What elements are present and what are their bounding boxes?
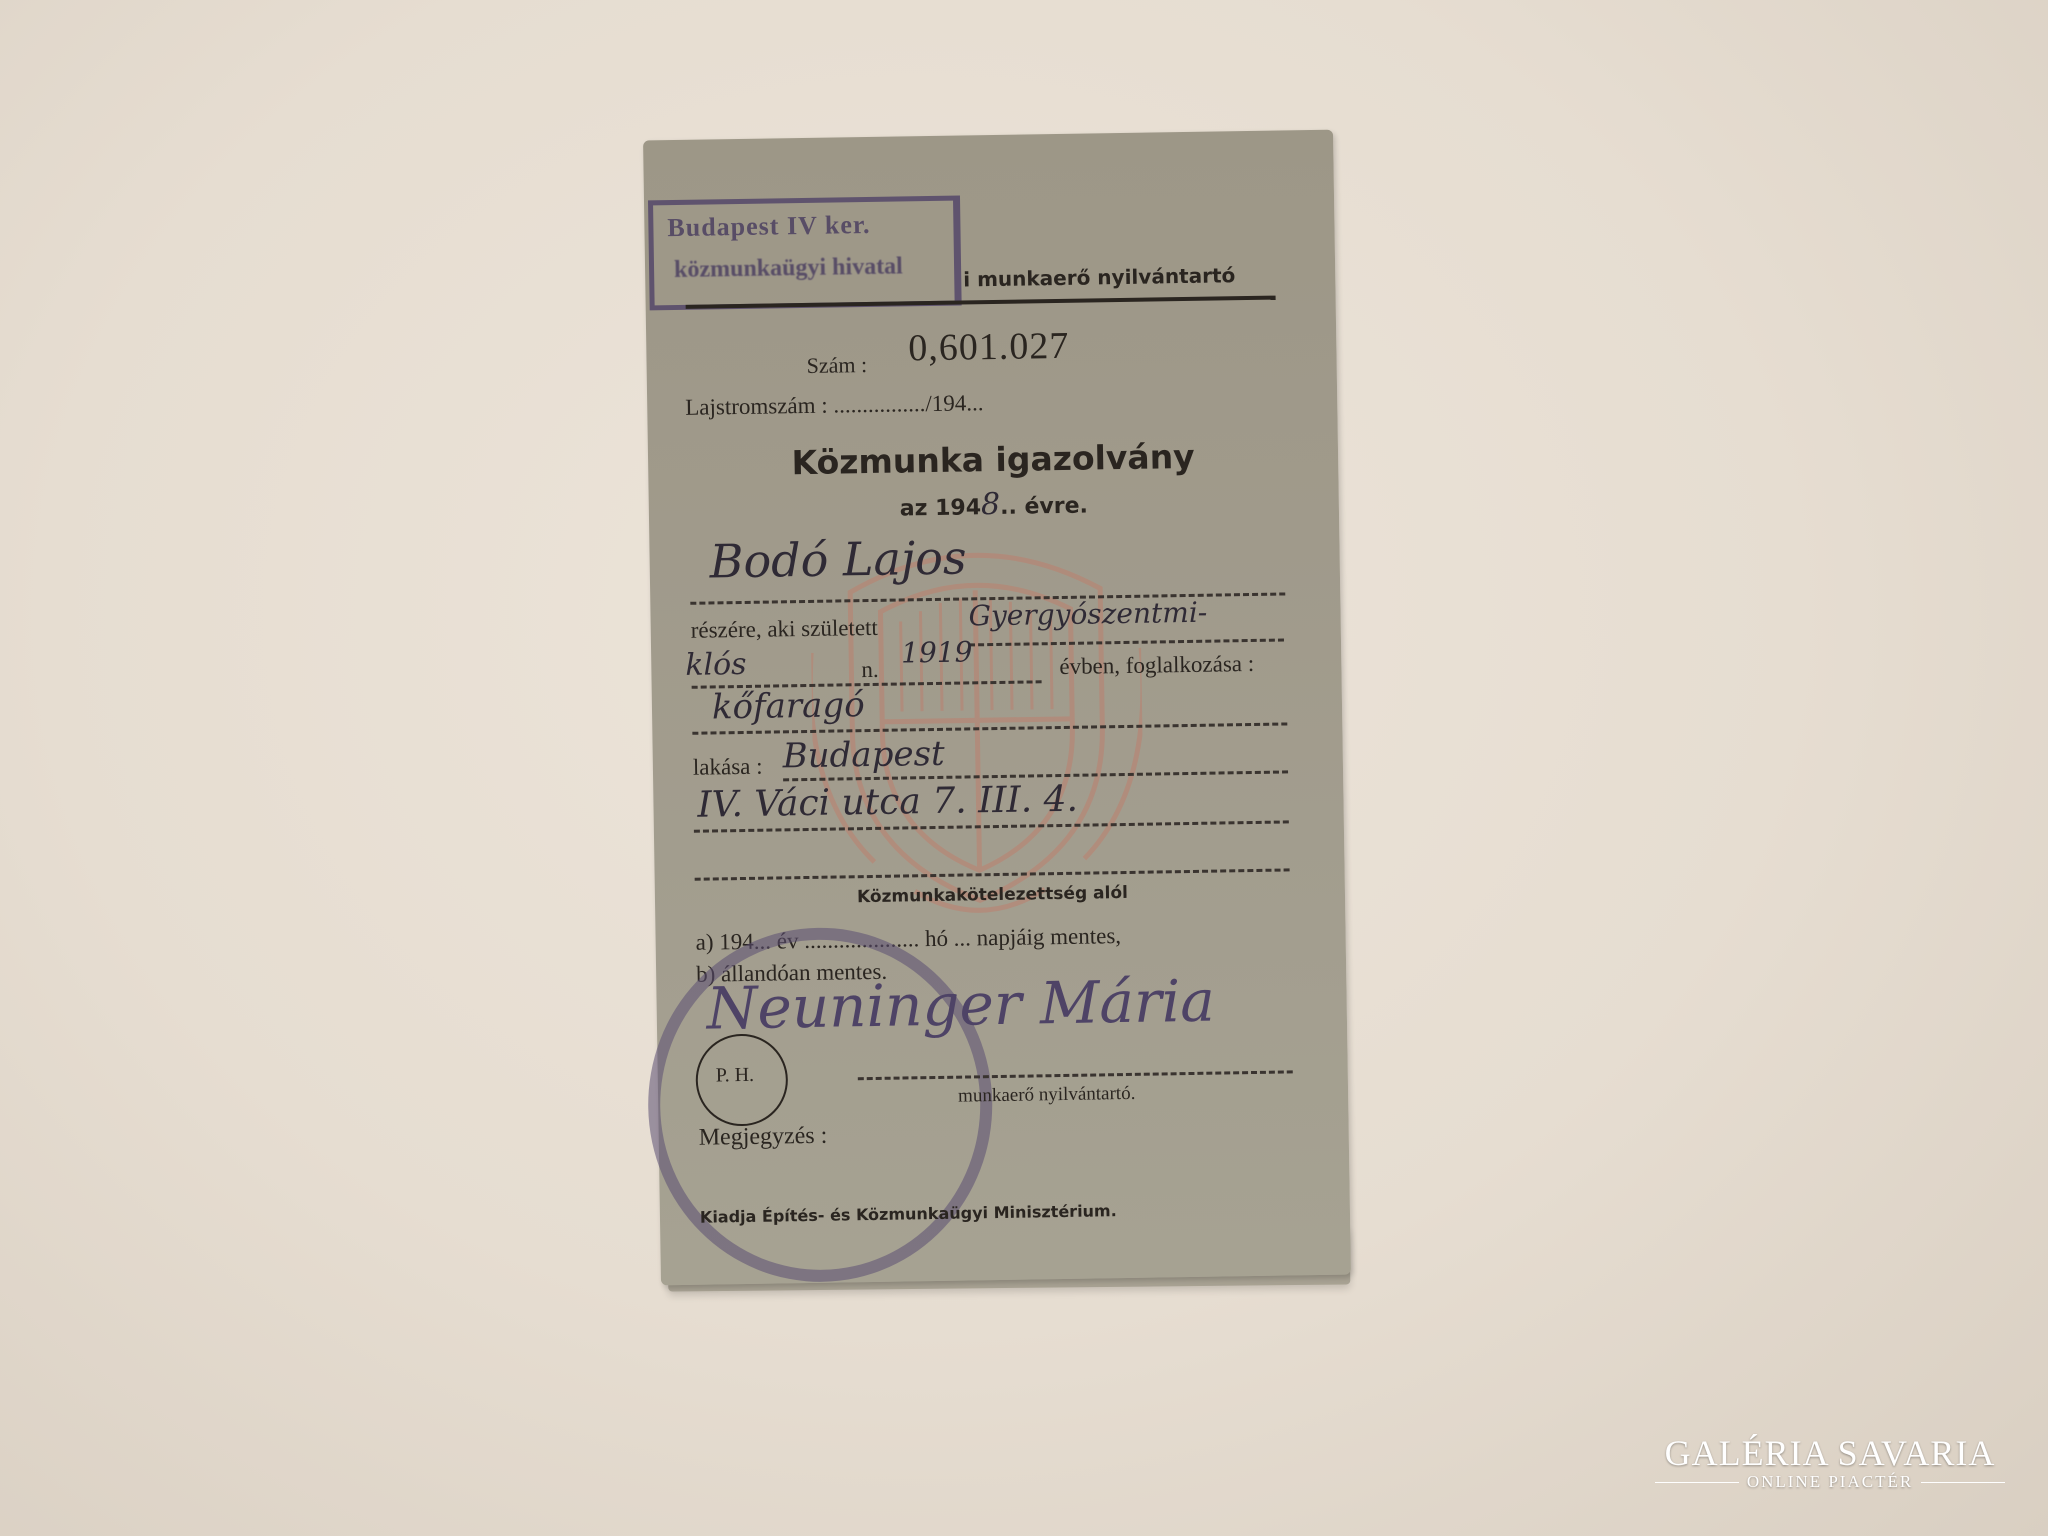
seal-place-label: P. H. — [716, 1064, 755, 1088]
watermark-subtitle-text: ONLINE PIACTÉR — [1747, 1472, 1913, 1492]
notes-label: Megjegyzés : — [699, 1123, 828, 1152]
watermark-subtitle: ONLINE PIACTÉR — [1655, 1472, 2005, 1492]
year-suffix: .. évre. — [1000, 494, 1088, 520]
header-registrar-label: i munkaerő nyilvántartó — [963, 263, 1235, 291]
birthplace-handwritten-1: Gyergyószentmi- — [968, 596, 1207, 633]
year-handwritten: 8 — [981, 487, 1001, 522]
registrar-signature: Neuninger Mária — [706, 967, 1215, 1043]
address-label: lakása : — [693, 754, 763, 781]
register-number-field: Lajstromszám : ................/194... — [685, 390, 984, 421]
born-label: részére, aki született — [691, 615, 878, 644]
district-office-stamp: Budapest IV ker. közmunkaügyi hivatal — [648, 196, 962, 311]
occupation-handwritten: kőfaragó — [712, 685, 865, 727]
stamp-line-1: Budapest IV ker. — [667, 210, 871, 243]
signer-role-label: munkaerő nyilvántartó. — [958, 1083, 1136, 1108]
occupation-label: évben, foglalkozása : — [1059, 651, 1254, 680]
public-works-id-card: Budapest IV ker. közmunkaügyi hivatal i … — [643, 130, 1351, 1286]
address-line-2: IV. Váci utca 7. III. 4. — [697, 779, 1078, 826]
document-year-line: az 1948.. évre. — [699, 482, 1289, 526]
gallery-watermark: GALÉRIA SAVARIA ONLINE PIACTÉR — [1655, 1432, 2005, 1492]
n-label: n. — [861, 657, 879, 683]
number-label: Szám : — [806, 352, 867, 379]
birth-year-handwritten: 1919 — [901, 635, 973, 669]
birthplace-handwritten-2: klós — [685, 647, 747, 683]
stamp-line-2: közmunkaügyi hivatal — [674, 253, 903, 284]
year-prefix: az 194 — [900, 495, 982, 521]
watermark-title: GALÉRIA SAVARIA — [1655, 1432, 2005, 1474]
document-title: Közmunka igazolvány — [698, 435, 1289, 483]
document-number: 0,601.027 — [908, 324, 1070, 371]
holder-name: Bodó Lajos — [709, 530, 967, 588]
address-line-1: Budapest — [782, 734, 945, 777]
